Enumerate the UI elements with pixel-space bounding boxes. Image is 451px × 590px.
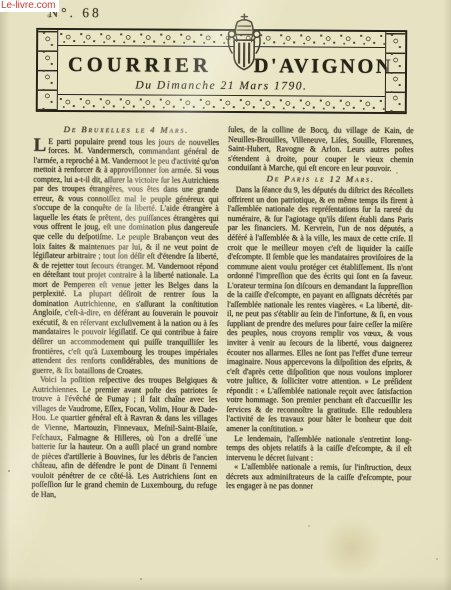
masthead-title-row: COURRIER D'AVIGNON (58, 46, 385, 83)
article-body: De Bruxelles le 4 Mars. LE parti populai… (31, 124, 414, 550)
paragraph: ſules, de la colline de Bocq, du village… (228, 125, 414, 174)
newspaper-title-right: D'AVIGNON (254, 55, 394, 79)
floral-garland-top (58, 30, 385, 48)
ornament-border-left (38, 30, 58, 110)
newspaper-title-left: COURRIER (68, 54, 212, 78)
paragraph: LE parti populaire prend tous les jours … (32, 136, 219, 376)
dateline-heading-paris: De Paris le 12 Mars. (228, 174, 414, 185)
ornament-border-right (385, 32, 405, 112)
paragraph: Dans la ſéance du 9, les députés du diſt… (226, 185, 413, 434)
column-right: ſules, de la colline de Bocq, du village… (226, 125, 414, 550)
paragraph-text: E parti populaire prend tous les jours d… (32, 136, 219, 375)
papal-arms-emblem (223, 13, 265, 79)
watermark: Le-livre.com (0, 0, 59, 12)
paragraph: « L'aſſemblée nationale a remis, ſur l'i… (226, 462, 412, 492)
masthead-center: COURRIER D'AVIGNON Du Dimanche 21 Mars 1… (58, 30, 385, 112)
drop-cap: L (33, 136, 48, 154)
masthead: COURRIER D'AVIGNON Du Dimanche 21 Mars 1… (36, 28, 408, 114)
scanned-page: N°. 68 COURRIER D'AVIGNON Du Dimanche 21… (0, 0, 451, 590)
dateline-heading-bruxelles: De Bruxelles le 4 Mars. (34, 125, 220, 136)
paragraph: Voici la poſition reſpective des troupes… (31, 375, 217, 500)
column-left: De Bruxelles le 4 Mars. LE parti populai… (31, 124, 219, 549)
watermark-text: Le-livre.com (1, 0, 55, 11)
paragraph: Le lendemain, l'aſſemblée nationale s'en… (226, 434, 412, 464)
floral-garland-bottom (58, 94, 385, 112)
masthead-date-line: Du Dimanche 21 Mars 1790. (58, 79, 385, 93)
